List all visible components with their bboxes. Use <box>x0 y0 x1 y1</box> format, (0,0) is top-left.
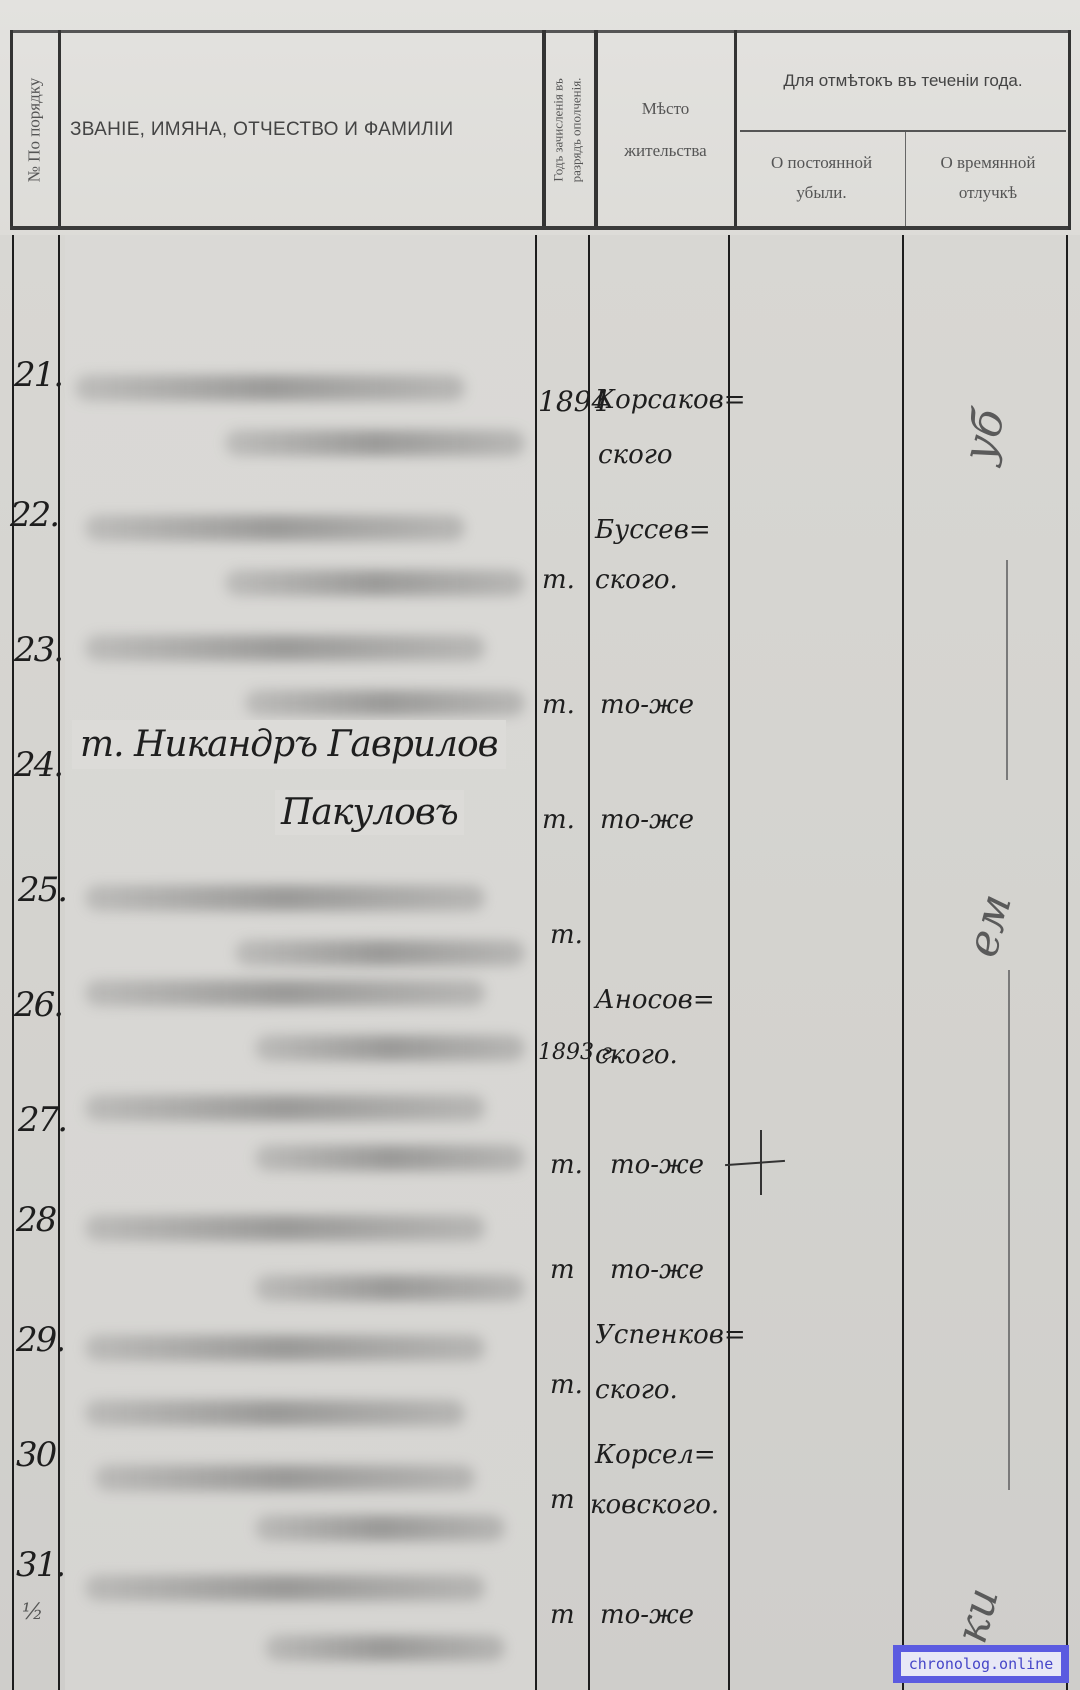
header-divider <box>734 30 737 230</box>
header-year-column: Годъ зачисленія въ разрядъ ополченія. <box>542 33 592 226</box>
row-24-name-line-2: Пакуловъ <box>275 790 464 835</box>
column-rule <box>902 235 904 1690</box>
column-rule <box>588 235 590 1690</box>
row-number: 25. <box>18 870 66 910</box>
residence: ского. <box>595 1375 678 1405</box>
residence: то-же <box>600 805 694 835</box>
header-temporary-label-2: отлучкѣ <box>959 178 1017 208</box>
header-residence-label-1: Мѣсто <box>642 95 690 123</box>
enrollment-year: т <box>550 1485 575 1515</box>
row-number: 24. <box>14 745 62 785</box>
header-year-label-1: Годъ зачисленія въ <box>549 78 567 181</box>
residence: Буссев= <box>595 515 711 545</box>
header-number-label: № По порядку <box>24 77 44 182</box>
header-year-label-2: разрядъ ополченія. <box>567 77 585 182</box>
header-name-label: ЗВАНІЕ, ИМЯНА, ОТЧЕСТВО И ФАМИЛІИ <box>62 119 454 141</box>
redacted-names-area <box>65 235 535 1690</box>
residence: то-же <box>600 1600 694 1630</box>
header-permanent-loss-column: О постоянной убыли. <box>738 130 905 226</box>
residence: Корсаков= <box>595 385 746 415</box>
row-number: 27. <box>18 1100 66 1140</box>
header-divider <box>905 130 906 226</box>
residence: ского <box>598 440 673 470</box>
row-number: 30 <box>16 1435 55 1475</box>
header-divider <box>1068 30 1071 230</box>
enrollment-year: т. <box>550 920 583 950</box>
header-bottom-rule <box>10 226 1068 230</box>
header-permanent-label-2: убыли. <box>796 178 846 208</box>
register-header: № По порядку ЗВАНІЕ, ИМЯНА, ОТЧЕСТВО И Ф… <box>10 30 1068 230</box>
pencil-line <box>1006 560 1008 780</box>
header-marks-column: Для отмѣтокъ въ теченіи года. <box>738 33 1068 128</box>
column-rule <box>535 235 537 1690</box>
residence: ковского. <box>590 1490 719 1520</box>
watermark-text: chronolog.online <box>901 1652 1062 1676</box>
header-residence-label-2: жительства <box>624 137 706 165</box>
header-name-column: ЗВАНІЕ, ИМЯНА, ОТЧЕСТВО И ФАМИЛІИ <box>62 33 552 226</box>
header-divider <box>58 30 61 230</box>
row-number: 29. <box>16 1320 64 1360</box>
residence: Корсел= <box>595 1440 716 1470</box>
enrollment-year: т. <box>542 690 575 720</box>
column-rule <box>12 235 14 1690</box>
enrollment-year: т. <box>542 805 575 835</box>
residence: ского. <box>595 1040 678 1070</box>
header-number-column: № По порядку <box>10 33 58 226</box>
row-number: 21. <box>14 355 62 395</box>
column-rule <box>58 235 60 1690</box>
enrollment-year: т <box>550 1255 575 1285</box>
header-temporary-label-1: О времянной <box>941 148 1036 178</box>
row-number: 31. <box>16 1545 64 1585</box>
residence: то-же <box>610 1150 704 1180</box>
enrollment-year: т. <box>550 1370 583 1400</box>
margin-note: ½ <box>22 1600 43 1625</box>
header-permanent-label-1: О постоянной <box>771 148 872 178</box>
pencil-line <box>1008 970 1010 1490</box>
row-number: 28 <box>16 1200 55 1240</box>
residence: ского. <box>595 565 678 595</box>
row-number: 26. <box>14 985 62 1025</box>
residence: Успенков= <box>595 1320 746 1350</box>
row-number: 22. <box>10 495 58 535</box>
column-rule <box>728 235 730 1690</box>
column-rule <box>1066 235 1068 1690</box>
enrollment-year: т <box>550 1600 575 1630</box>
header-temporary-absence-column: О времянной отлучкѣ <box>908 130 1068 226</box>
residence: то-же <box>610 1255 704 1285</box>
watermark-badge: chronolog.online <box>893 1645 1069 1683</box>
residence: то-же <box>600 690 694 720</box>
row-number: 23. <box>14 630 62 670</box>
header-marks-label: Для отмѣтокъ въ теченіи года. <box>783 71 1022 91</box>
residence: Аносов= <box>595 985 715 1015</box>
enrollment-year: т. <box>542 565 575 595</box>
enrollment-year: т. <box>550 1150 583 1180</box>
row-24-name-line-1: т. Никандръ Гаврилов <box>72 720 506 769</box>
header-residence-column: Мѣсто жительства <box>598 33 733 226</box>
